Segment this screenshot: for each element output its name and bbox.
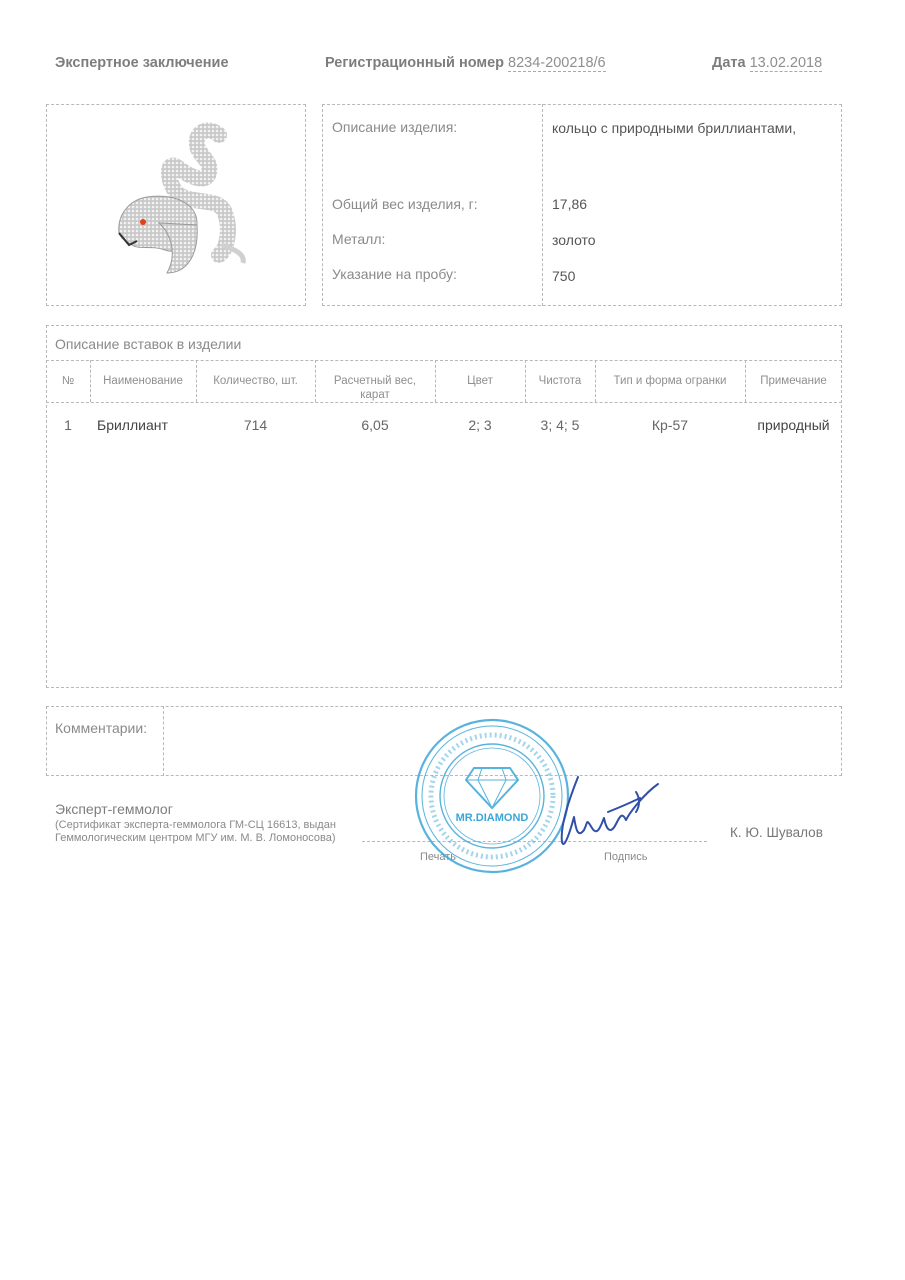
document-title: Экспертное заключение [55,55,229,71]
expert-certificate: (Сертификат эксперта-геммолога ГМ-СЦ 166… [55,819,345,845]
weight-label: Общий вес изделия, г: [332,196,478,212]
registration-value: 8234-200218/6 [508,55,606,72]
cell-clarity: 3; 4; 5 [525,417,595,433]
cell-number: 1 [46,417,90,433]
registration-number: Регистрационный номер 8234-200218/6 [325,55,606,71]
cell-note: природный [745,417,842,433]
metal-label: Металл: [332,231,385,247]
table-header-divider [46,402,842,403]
cell-quantity: 714 [196,417,315,433]
date-value: 13.02.2018 [750,55,823,72]
cell-cut: Кр-57 [595,417,745,433]
column-header-color: Цвет [435,374,525,388]
date-label: Дата [712,55,746,71]
expert-name: К. Ю. Шувалов [730,825,823,840]
column-header-note: Примечание [745,374,842,388]
column-header-weight: Расчетный вес, карат [330,374,420,402]
metal-value: золото [552,232,596,248]
column-header-cut: Тип и форма огранки [595,374,745,388]
comments-label: Комментарии: [55,720,147,736]
comments-divider [163,706,164,776]
description-label: Описание изделия: [332,119,457,135]
stamp-logo: MR.DIAMOND [456,812,529,824]
column-divider [315,360,316,402]
document-date: Дата 13.02.2018 [712,55,822,71]
product-photo [47,105,305,305]
column-header-number: № [46,374,90,388]
signature-scribble [548,772,668,852]
description-divider [542,104,543,306]
cell-name: Бриллиант [97,417,168,433]
column-header-clarity: Чистота [525,374,595,388]
assay-value: 750 [552,268,575,284]
cell-weight: 6,05 [315,417,435,433]
weight-value: 17,86 [552,196,587,212]
expert-title: Эксперт-геммолог [55,801,173,817]
table-divider [46,360,842,361]
column-header-quantity: Количество, шт. [196,374,315,388]
registration-label: Регистрационный номер [325,55,504,71]
column-header-name: Наименование [90,374,196,388]
description-value: кольцо с природными бриллиантами, [552,120,796,136]
cell-color: 2; 3 [435,417,525,433]
inserts-title: Описание вставок в изделии [55,336,241,352]
product-photo-frame [46,104,306,306]
signature-label: Подпись [604,851,648,863]
assay-label: Указание на пробу: [332,266,457,282]
